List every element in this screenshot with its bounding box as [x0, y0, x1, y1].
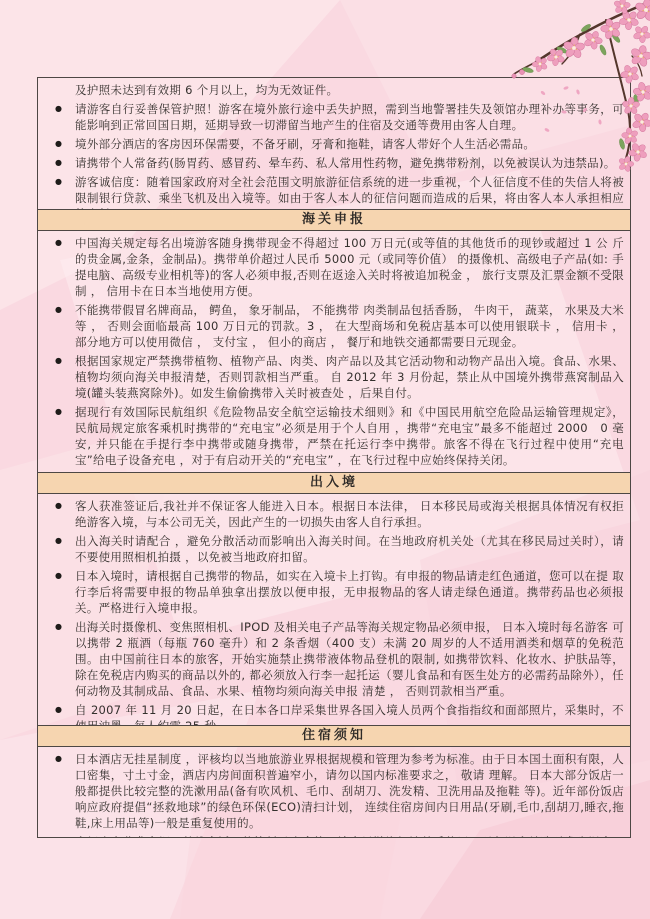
notice-table: 及护照未达到有效期 6 个月以上，均为无效证件。 ● 请游客自行妥善保管护照！游…	[37, 77, 631, 838]
notice-text: 中国海关规定每名出境游客随身携带现金不得超过 100 万日元(或等值的其他货币的…	[75, 235, 624, 299]
bullet-icon: ●	[38, 302, 75, 350]
notice-item: ● 境外部分酒店的客房因环保需要，不备牙刷，牙膏和拖鞋，请客人带好个人生活必需品…	[38, 136, 624, 152]
notice-text: 自 2007 年 11 月 20 日起，在日本各口岸采集世界各国入境人员两个食指…	[75, 702, 624, 725]
notice-text: 请携带个人常备药(肠胃药、感冒药、晕车药、私人常用性药物，避免携带粉剂，以免被误…	[75, 155, 624, 171]
bullet-icon	[38, 82, 75, 98]
section-header-label: 海关申报	[302, 212, 366, 227]
notice-section: ● 中国海关规定每名出境游客随身携带现金不得超过 100 万日元(或等值的其他货…	[38, 231, 630, 472]
notice-text: 请游客自行妥善保管护照！游客在境外旅行途中丢失护照，需到当地警署挂失及领馆办理补…	[75, 101, 624, 133]
notice-item: ● 请游客自行妥善保管护照！游客在境外旅行途中丢失护照，需到当地警署挂失及领馆办…	[38, 101, 624, 133]
notice-item: ● 出入海关时请配合 ，避免分散活动而影响出入海关时间。在当地政府机关处（尤其在…	[38, 533, 624, 565]
notice-text: 日本酒店无挂星制度 ，评核均以当地旅游业界根据规模和管理为参考为标准。由于日本国…	[75, 751, 624, 831]
section-header-label: 住宿须知	[302, 728, 366, 743]
bullet-icon: ●	[38, 568, 75, 616]
bullet-icon: ●	[38, 533, 75, 565]
notice-item: ● 请携带个人常备药(肠胃药、感冒药、晕车药、私人常用性药物，避免携带粉剂，以免…	[38, 155, 624, 171]
notice-item: ● 不能携带假冒名牌商品， 鳄鱼， 象牙制品， 不能携带 肉类制品包括香肠， 牛…	[38, 302, 624, 350]
bullet-icon: ●	[38, 136, 75, 152]
notice-text: 不能携带假冒名牌商品， 鳄鱼， 象牙制品， 不能携带 肉类制品包括香肠， 牛肉干…	[75, 302, 624, 350]
notice-item: ● 客人获准签证后,我社并不保证客人能进入日本。根据日本法律， 日本移民局或海关…	[38, 498, 624, 530]
notice-text: 据现行有效国际民航组织《危险物品安全航空运输技术细则》和《中国民用航空危险品运输…	[75, 404, 624, 468]
notice-text: 出海关时摄像机、变焦照相机、IPOD 及相关电子产品等海关规定物品必须申报， 日…	[75, 619, 624, 699]
section-header-label: 出入境	[310, 475, 358, 490]
notice-item: ● 出海关时摄像机、变焦照相机、IPOD 及相关电子产品等海关规定物品必须申报，…	[38, 619, 624, 699]
bullet-icon: ●	[38, 619, 75, 699]
notice-item: ● 自 2007 年 11 月 20 日起，在日本各口岸采集世界各国入境人员两个…	[38, 702, 624, 725]
notice-text: 及护照未达到有效期 6 个月以上，均为无效证件。	[75, 82, 624, 98]
notice-item: 及护照未达到有效期 6 个月以上，均为无效证件。	[38, 82, 624, 98]
notice-item: ● 日本酒店无挂星制度 ，评核均以当地旅游业界根据规模和管理为参考为标准。由于日…	[38, 751, 624, 831]
section-header: 住宿须知	[38, 725, 630, 747]
notice-text: 客人获准签证后,我社并不保证客人能进入日本。根据日本法律， 日本移民局或海关根据…	[75, 498, 624, 530]
notice-text: 日本入境时，请根据自己携带的物品，如实在入境卡上打钩。有申报的物品请走红色通道，…	[75, 568, 624, 616]
notice-section: ● 客人获准签证后,我社并不保证客人能进入日本。根据日本法律， 日本移民局或海关…	[38, 494, 630, 725]
notice-section: 及护照未达到有效期 6 个月以上，均为无效证件。 ● 请游客自行妥善保管护照！游…	[38, 78, 630, 209]
bullet-icon: ●	[38, 404, 75, 468]
notice-text: 房间内有收费电视、外线电话、偿饮料及小食等，请向导游询问清楚后使用，以免退房结账…	[75, 834, 624, 837]
notice-text: 游客诚信度：随着国家政府对全社会范围文明旅游征信系统的进一步重视，个人征信度不佳…	[75, 174, 624, 209]
bullet-icon: ●	[38, 174, 75, 209]
bullet-icon: ●	[38, 155, 75, 171]
notice-text: 出入海关时请配合 ，避免分散活动而影响出入海关时间。在当地政府机关处（尤其在移民…	[75, 533, 624, 565]
bullet-icon: ●	[38, 498, 75, 530]
notice-item: ● 游客诚信度：随着国家政府对全社会范围文明旅游征信系统的进一步重视，个人征信度…	[38, 174, 624, 209]
notice-item: ● 中国海关规定每名出境游客随身携带现金不得超过 100 万日元(或等值的其他货…	[38, 235, 624, 299]
bullet-icon: ●	[38, 353, 75, 401]
notice-text: 境外部分酒店的客房因环保需要，不备牙刷，牙膏和拖鞋，请客人带好个人生活必需品。	[75, 136, 624, 152]
notice-item: ● 房间内有收费电视、外线电话、偿饮料及小食等，请向导游询问清楚后使用，以免退房…	[38, 834, 624, 837]
section-header: 出入境	[38, 472, 630, 494]
notice-section: ● 日本酒店无挂星制度 ，评核均以当地旅游业界根据规模和管理为参考为标准。由于日…	[38, 747, 630, 837]
notice-item: ● 据现行有效国际民航组织《危险物品安全航空运输技术细则》和《中国民用航空危险品…	[38, 404, 624, 468]
section-header: 海关申报	[38, 209, 630, 231]
bullet-icon: ●	[38, 101, 75, 133]
document-page: { "document": { "sections": [ { "type": …	[0, 0, 650, 919]
bullet-icon: ●	[38, 834, 75, 837]
notice-text: 根据国家规定严禁携带植物、植物产品、肉类、肉产品以及其它活动物和动物产品出入境。…	[75, 353, 624, 401]
notice-item: ● 日本入境时，请根据自己携带的物品，如实在入境卡上打钩。有申报的物品请走红色通…	[38, 568, 624, 616]
bullet-icon: ●	[38, 702, 75, 725]
bullet-icon: ●	[38, 751, 75, 831]
notice-item: ● 根据国家规定严禁携带植物、植物产品、肉类、肉产品以及其它活动物和动物产品出入…	[38, 353, 624, 401]
bullet-icon: ●	[38, 235, 75, 299]
